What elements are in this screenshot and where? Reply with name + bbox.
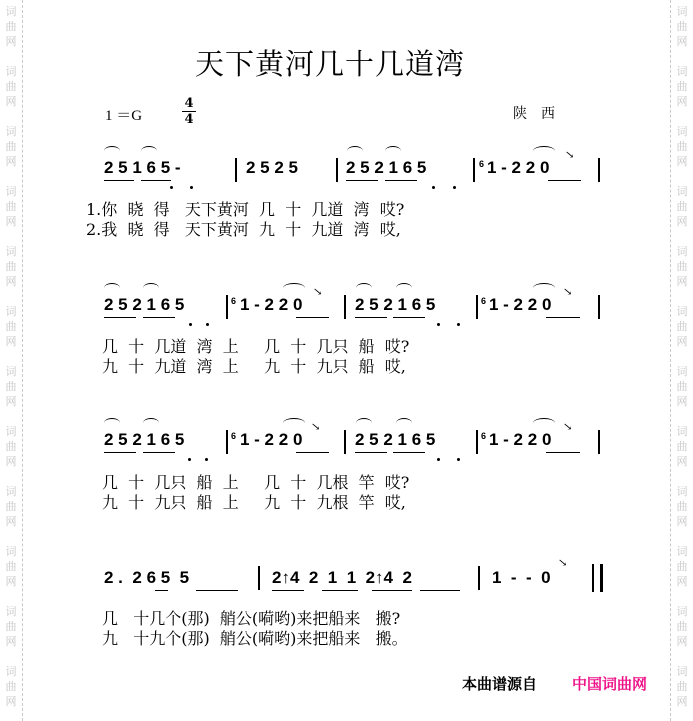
grace-note: 6 bbox=[479, 160, 484, 169]
low-octave-dot bbox=[432, 186, 435, 189]
barline bbox=[336, 158, 338, 182]
grace-note: 6 bbox=[231, 432, 236, 441]
watermark-text: 词曲网 bbox=[0, 544, 22, 589]
measure-14: 2↑4 2 1 1 2↑4 2 bbox=[272, 568, 412, 588]
final-double-barline bbox=[592, 564, 603, 592]
low-octave-dot bbox=[189, 323, 192, 326]
low-octave-dot bbox=[453, 186, 456, 189]
beam bbox=[296, 317, 329, 318]
beam bbox=[393, 317, 425, 318]
slur bbox=[104, 283, 120, 293]
barline bbox=[473, 158, 475, 182]
slur bbox=[396, 283, 412, 293]
glide-arrow-icon: → bbox=[308, 419, 323, 435]
slur bbox=[104, 418, 120, 428]
source-label: 本曲谱源自 bbox=[462, 673, 537, 694]
beam bbox=[272, 590, 304, 591]
glide-arrow-icon: → bbox=[555, 555, 570, 571]
slur bbox=[385, 146, 401, 156]
time-sig-bottom: 4 bbox=[182, 113, 196, 126]
measure-12: 1 - 2 2 0 bbox=[489, 430, 551, 450]
slur bbox=[396, 418, 412, 428]
region-label: 陕西 bbox=[513, 103, 569, 123]
low-octave-dot bbox=[457, 458, 460, 461]
glide-arrow-icon: → bbox=[562, 147, 577, 163]
measure-15: 1 - - 0 bbox=[492, 568, 551, 588]
watermark-text: 词曲网 bbox=[671, 304, 693, 349]
low-octave-dot bbox=[205, 458, 208, 461]
beam bbox=[346, 180, 378, 181]
slur bbox=[143, 283, 159, 293]
barline bbox=[598, 158, 600, 182]
beam bbox=[546, 452, 580, 453]
beam bbox=[355, 452, 387, 453]
measure-2: 2 5 2 5 bbox=[246, 158, 298, 178]
slur bbox=[283, 283, 305, 293]
watermark-text: 词曲网 bbox=[671, 4, 693, 49]
measure-4: 1 - 2 2 0 bbox=[487, 158, 549, 178]
watermark-text: 词曲网 bbox=[0, 244, 22, 289]
song-title: 天下黄河几十几道湾 bbox=[0, 42, 660, 83]
lyric-verse-2: 九 十 九道 湾 上 九 十 九只 船 哎, bbox=[102, 354, 406, 377]
beam bbox=[104, 317, 136, 318]
low-octave-dot bbox=[457, 323, 460, 326]
lyric-verse-2: 2.我 晓 得 天下黄河 九 十 九道 湾 哎, bbox=[86, 217, 401, 240]
measure-11: 2 5 2 1 6 5 bbox=[355, 430, 435, 450]
barline bbox=[478, 566, 480, 590]
beam bbox=[141, 180, 171, 181]
beam bbox=[372, 590, 412, 591]
watermark-text: 词曲网 bbox=[0, 484, 22, 529]
slur bbox=[141, 146, 157, 156]
beam bbox=[104, 452, 136, 453]
beam bbox=[548, 180, 581, 181]
beam bbox=[393, 452, 425, 453]
measure-9: 2 5 2 1 6 5 bbox=[104, 430, 184, 450]
watermark-text: 词曲网 bbox=[0, 304, 22, 349]
time-signature: 4 4 bbox=[182, 97, 196, 126]
beam bbox=[322, 590, 358, 591]
watermark-text: 词曲网 bbox=[0, 664, 22, 709]
beam bbox=[420, 590, 460, 591]
watermark-text: 词曲网 bbox=[671, 604, 693, 649]
watermark-text: 词曲网 bbox=[0, 124, 22, 169]
grace-note: 6 bbox=[481, 432, 486, 441]
measure-1: 2 5 1 6 5 - bbox=[104, 158, 181, 178]
beam bbox=[385, 180, 417, 181]
measure-8: 1 - 2 2 0 bbox=[489, 295, 551, 315]
measure-3: 2 5 2 1 6 5 bbox=[346, 158, 426, 178]
measure-7: 2 5 2 1 6 5 bbox=[355, 295, 435, 315]
barline bbox=[235, 158, 237, 182]
slur bbox=[347, 146, 363, 156]
barline bbox=[226, 430, 228, 454]
measure-6: 1 - 2 2 0 bbox=[240, 295, 302, 315]
glide-arrow-icon: → bbox=[310, 284, 325, 300]
watermark-text: 词曲网 bbox=[671, 664, 693, 709]
watermark-right: 词曲网词曲网词曲网词曲网词曲网词曲网词曲网词曲网词曲网词曲网词曲网词曲网 bbox=[670, 0, 693, 721]
grace-note: 6 bbox=[231, 297, 236, 306]
barline bbox=[476, 430, 478, 454]
watermark-text: 词曲网 bbox=[671, 244, 693, 289]
watermark-text: 词曲网 bbox=[0, 424, 22, 469]
watermark-text: 词曲网 bbox=[671, 544, 693, 589]
slur bbox=[104, 146, 120, 156]
watermark-text: 词曲网 bbox=[671, 484, 693, 529]
barline bbox=[344, 295, 346, 319]
low-octave-dot bbox=[190, 186, 193, 189]
beam bbox=[143, 452, 175, 453]
low-octave-dot bbox=[437, 323, 440, 326]
measure-5: 2 5 2 1 6 5 bbox=[104, 295, 184, 315]
watermark-text: 词曲网 bbox=[671, 364, 693, 409]
beam bbox=[104, 180, 134, 181]
barline bbox=[258, 566, 260, 590]
grace-note: 6 bbox=[481, 297, 486, 306]
watermark-text: 词曲网 bbox=[671, 124, 693, 169]
slur bbox=[533, 418, 555, 428]
watermark-left: 词曲网词曲网词曲网词曲网词曲网词曲网词曲网词曲网词曲网词曲网词曲网词曲网 bbox=[0, 0, 23, 721]
low-octave-dot bbox=[170, 186, 173, 189]
slur bbox=[283, 418, 305, 428]
barline bbox=[598, 430, 600, 454]
watermark-text: 词曲网 bbox=[671, 184, 693, 229]
low-octave-dot bbox=[437, 458, 440, 461]
watermark-text: 词曲网 bbox=[0, 604, 22, 649]
watermark-text: 词曲网 bbox=[671, 64, 693, 109]
glide-arrow-icon: → bbox=[560, 284, 575, 300]
source-site-link[interactable]: 中国词曲网 bbox=[572, 673, 647, 694]
key-signature: 1 ＝G bbox=[105, 104, 142, 125]
lyric-verse-2: 九 十九个(那) 艄公(嗬哟)来把船来 搬。 bbox=[102, 626, 408, 649]
beam bbox=[143, 317, 175, 318]
watermark-text: 词曲网 bbox=[0, 364, 22, 409]
slur bbox=[533, 146, 555, 156]
glide-arrow-icon: → bbox=[560, 419, 575, 435]
barline bbox=[598, 295, 600, 319]
time-sig-top: 4 bbox=[182, 97, 196, 110]
slur bbox=[143, 418, 159, 428]
barline bbox=[344, 430, 346, 454]
measure-10: 1 - 2 2 0 bbox=[240, 430, 302, 450]
barline bbox=[476, 295, 478, 319]
barline bbox=[226, 295, 228, 319]
low-octave-dot bbox=[188, 458, 191, 461]
slur bbox=[356, 283, 372, 293]
slur bbox=[356, 418, 372, 428]
beam bbox=[546, 317, 580, 318]
beam bbox=[296, 452, 329, 453]
watermark-text: 词曲网 bbox=[671, 424, 693, 469]
beam bbox=[355, 317, 387, 318]
lyric-verse-2: 九 十 九只 船 上 九 十 九根 竿 哎, bbox=[102, 490, 406, 513]
beam bbox=[155, 590, 168, 591]
low-octave-dot bbox=[206, 323, 209, 326]
slur bbox=[533, 283, 555, 293]
watermark-text: 词曲网 bbox=[0, 184, 22, 229]
beam bbox=[196, 590, 238, 591]
measure-13: 2 . 2 6 5 5 bbox=[104, 568, 189, 588]
